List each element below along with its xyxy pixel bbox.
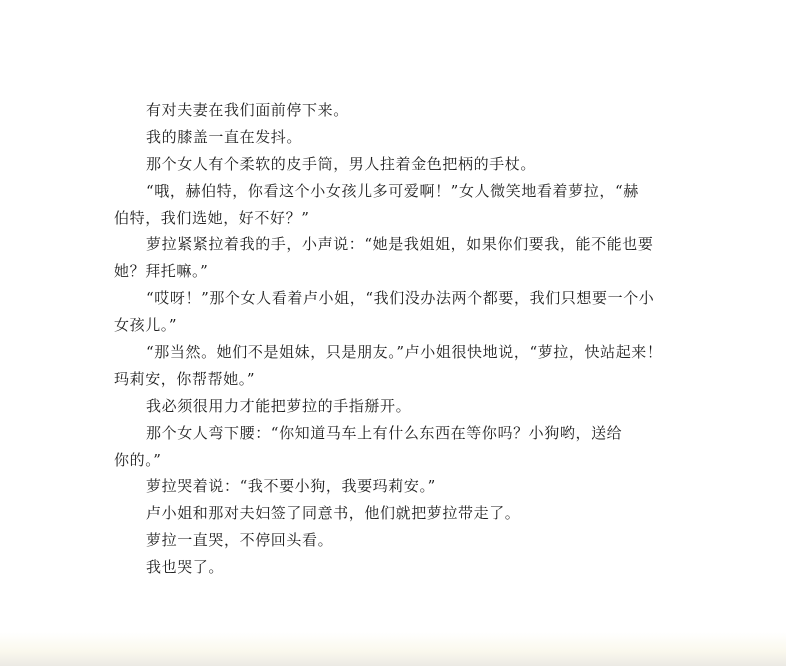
- text-line: 我必须很用力才能把萝拉的手指掰开。: [114, 393, 680, 420]
- text-line: 我的膝盖一直在发抖。: [114, 124, 680, 151]
- paragraph-1: 有对夫妻在我们面前停下来。: [114, 97, 680, 124]
- text-line: 伯特，我们选她，好不好？”: [114, 205, 680, 232]
- paragraph-12: 萝拉一直哭，不停回头看。: [114, 527, 680, 554]
- paragraph-11: 卢小姐和那对夫妇签了同意书，他们就把萝拉带走了。: [114, 500, 680, 527]
- text-line: 卢小姐和那对夫妇签了同意书，他们就把萝拉带走了。: [114, 500, 680, 527]
- paragraph-3: 那个女人有个柔软的皮手筒，男人拄着金色把柄的手杖。: [114, 151, 680, 178]
- text-line: 那个女人弯下腰：“你知道马车上有什么东西在等你吗？小狗哟，送给: [114, 420, 680, 447]
- paragraph-10: 萝拉哭着说：“我不要小狗，我要玛莉安。”: [114, 473, 680, 500]
- text-line: “哎呀！”那个女人看着卢小姐，“我们没办法两个都要，我们只想要一个小: [114, 285, 680, 312]
- paragraph-9: 那个女人弯下腰：“你知道马车上有什么东西在等你吗？小狗哟，送给 你的。”: [114, 420, 680, 474]
- text-line: 她？拜托嘛。”: [114, 258, 680, 285]
- text-line: “哦，赫伯特，你看这个小女孩儿多可爱啊！”女人微笑地看着萝拉，“赫: [114, 178, 680, 205]
- text-line: 萝拉哭着说：“我不要小狗，我要玛莉安。”: [114, 473, 680, 500]
- text-line: 女孩儿。”: [114, 312, 680, 339]
- text-line: 萝拉紧紧拉着我的手，小声说：“她是我姐姐，如果你们要我，能不能也要: [114, 231, 680, 258]
- paragraph-7: “那当然。她们不是姐妹，只是朋友。”卢小姐很快地说，“萝拉，快站起来！ 玛莉安，…: [114, 339, 680, 393]
- paragraph-6: “哎呀！”那个女人看着卢小姐，“我们没办法两个都要，我们只想要一个小 女孩儿。”: [114, 285, 680, 339]
- paragraph-5: 萝拉紧紧拉着我的手，小声说：“她是我姐姐，如果你们要我，能不能也要 她？拜托嘛。…: [114, 231, 680, 285]
- text-line: 有对夫妻在我们面前停下来。: [114, 97, 680, 124]
- text-line: 萝拉一直哭，不停回头看。: [114, 527, 680, 554]
- paragraph-2: 我的膝盖一直在发抖。: [114, 124, 680, 151]
- page-text: 有对夫妻在我们面前停下来。 我的膝盖一直在发抖。 那个女人有个柔软的皮手筒，男人…: [114, 97, 680, 581]
- text-line: 玛莉安，你帮帮她。”: [114, 366, 680, 393]
- text-line: 我也哭了。: [114, 554, 680, 581]
- paragraph-4: “哦，赫伯特，你看这个小女孩儿多可爱啊！”女人微笑地看着萝拉，“赫 伯特，我们选…: [114, 178, 680, 232]
- page-bottom-edge-shadow: [0, 632, 786, 666]
- paragraph-13: 我也哭了。: [114, 554, 680, 581]
- text-line: 那个女人有个柔软的皮手筒，男人拄着金色把柄的手杖。: [114, 151, 680, 178]
- text-line: 你的。”: [114, 447, 680, 474]
- paragraph-8: 我必须很用力才能把萝拉的手指掰开。: [114, 393, 680, 420]
- book-page: 有对夫妻在我们面前停下来。 我的膝盖一直在发抖。 那个女人有个柔软的皮手筒，男人…: [0, 0, 786, 666]
- text-line: “那当然。她们不是姐妹，只是朋友。”卢小姐很快地说，“萝拉，快站起来！: [114, 339, 680, 366]
